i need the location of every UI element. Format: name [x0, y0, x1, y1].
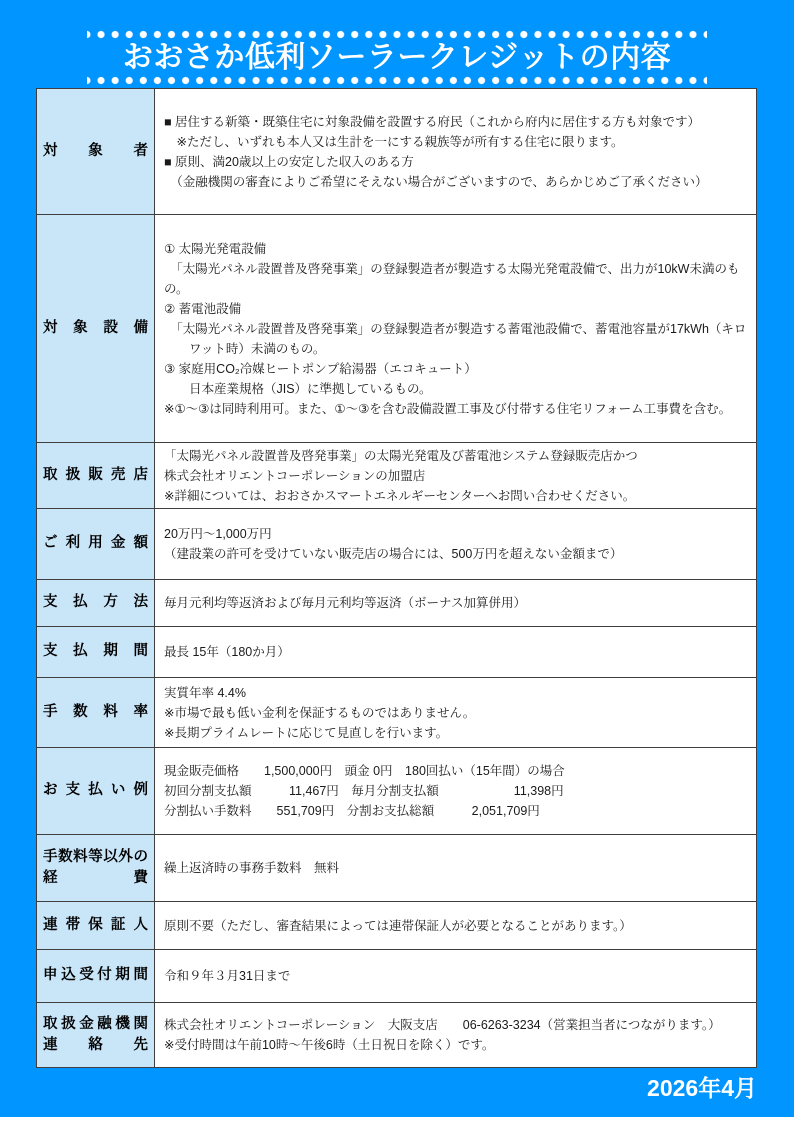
info-table: 対 象 者 ■ 居住する新築・既築住宅に対象設備を設置する府民（これから府内に居…: [36, 88, 757, 1068]
bottom-strip: [0, 1117, 794, 1123]
row-target-equipment: 対 象 設 備 ① 太陽光発電設備 「太陽光パネル設置普及啓発事業」の登録製造者…: [37, 215, 756, 443]
row-fee-rate: 手 数 料 率 実質年率 4.4% ※市場で最も低い金利を保証するものではありま…: [37, 678, 756, 748]
row-content: 原則不要（ただし、審査結果によっては連帯保証人が必要となることがあります。）: [155, 902, 756, 949]
page-title: おおさか低利ソーラークレジットの内容: [0, 41, 794, 75]
row-content: 毎月元利均等返済および毎月元利均等返済（ボーナス加算併用）: [155, 580, 756, 626]
row-label: 支 払 方 法: [43, 592, 148, 613]
row-content: 実質年率 4.4% ※市場で最も低い金利を保証するものではありません。 ※長期プ…: [155, 678, 756, 747]
row-content: 株式会社オリエントコーポレーション 大阪支店 06-6263-3234（営業担当…: [155, 1003, 756, 1067]
row-label-cell: 連 帯 保 証 人: [37, 902, 155, 949]
dotted-line-bottom: [87, 76, 707, 85]
title-block: おおさか低利ソーラークレジットの内容: [0, 30, 794, 85]
row-financial-institution: 取扱金融機関 連 絡 先 株式会社オリエントコーポレーション 大阪支店 06-6…: [37, 1003, 756, 1067]
row-label: ご 利 用 金 額: [43, 533, 148, 554]
row-dealers: 取 扱 販 売 店 「太陽光パネル設置普及啓発事業」の太陽光発電及び蓄電池システ…: [37, 443, 756, 509]
row-payment-example: お 支 払 い 例 現金販売価格 1,500,000円 頭金 0円 180回払い…: [37, 748, 756, 835]
row-label-cell: 手数料等以外の 経 費: [37, 835, 155, 901]
row-label: 取 扱 販 売 店: [43, 465, 148, 486]
row-label: 対 象 設 備: [43, 318, 148, 339]
footer-date: 2026年4月: [647, 1070, 757, 1103]
row-payment-period: 支 払 期 間 最長 15年（180か月）: [37, 627, 756, 678]
row-label: 対 象 者: [43, 141, 148, 162]
row-label-cell: 申込受付期間: [37, 950, 155, 1002]
row-content: 令和９年３月31日まで: [155, 950, 756, 1002]
row-label-cell: 対 象 設 備: [37, 215, 155, 442]
row-content: 最長 15年（180か月）: [155, 627, 756, 677]
row-label-cell: 手 数 料 率: [37, 678, 155, 747]
row-label: 手数料等以外の 経 費: [43, 847, 148, 889]
row-label-cell: 支 払 期 間: [37, 627, 155, 677]
row-content: 現金販売価格 1,500,000円 頭金 0円 180回払い（15年間）の場合 …: [155, 748, 756, 834]
row-label: 申込受付期間: [43, 965, 148, 986]
row-label: 連 帯 保 証 人: [43, 915, 148, 936]
flyer-page: おおさか低利ソーラークレジットの内容 対 象 者 ■ 居住する新築・既築住宅に対…: [0, 0, 794, 1123]
row-label-cell: 対 象 者: [37, 89, 155, 214]
row-loan-amount: ご 利 用 金 額 20万円～1,000万円 （建設業の許可を受けていない販売店…: [37, 509, 756, 580]
row-label: お 支 払 い 例: [43, 780, 148, 801]
row-label-cell: 取扱金融機関 連 絡 先: [37, 1003, 155, 1067]
dotted-line-top: [87, 30, 707, 39]
row-label: 取扱金融機関 連 絡 先: [43, 1014, 148, 1056]
row-content: ■ 居住する新築・既築住宅に対象設備を設置する府民（これから府内に居住する方も対…: [155, 89, 756, 214]
row-label: 手 数 料 率: [43, 702, 148, 723]
row-label-cell: 取 扱 販 売 店: [37, 443, 155, 508]
row-guarantor: 連 帯 保 証 人 原則不要（ただし、審査結果によっては連帯保証人が必要となるこ…: [37, 902, 756, 950]
row-payment-method: 支 払 方 法 毎月元利均等返済および毎月元利均等返済（ボーナス加算併用）: [37, 580, 756, 627]
row-content: ① 太陽光発電設備 「太陽光パネル設置普及啓発事業」の登録製造者が製造する太陽光…: [155, 215, 756, 442]
row-content: 20万円～1,000万円 （建設業の許可を受けていない販売店の場合には、500万…: [155, 509, 756, 579]
row-label-cell: ご 利 用 金 額: [37, 509, 155, 579]
row-target-person: 対 象 者 ■ 居住する新築・既築住宅に対象設備を設置する府民（これから府内に居…: [37, 89, 756, 215]
row-label-cell: 支 払 方 法: [37, 580, 155, 626]
row-label-cell: お 支 払 い 例: [37, 748, 155, 834]
row-content: 繰上返済時の事務手数料 無料: [155, 835, 756, 901]
row-content: 「太陽光パネル設置普及啓発事業」の太陽光発電及び蓄電池システム登録販売店かつ 株…: [155, 443, 756, 508]
row-other-costs: 手数料等以外の 経 費 繰上返済時の事務手数料 無料: [37, 835, 756, 902]
row-label: 支 払 期 間: [43, 641, 148, 662]
row-application-period: 申込受付期間 令和９年３月31日まで: [37, 950, 756, 1003]
